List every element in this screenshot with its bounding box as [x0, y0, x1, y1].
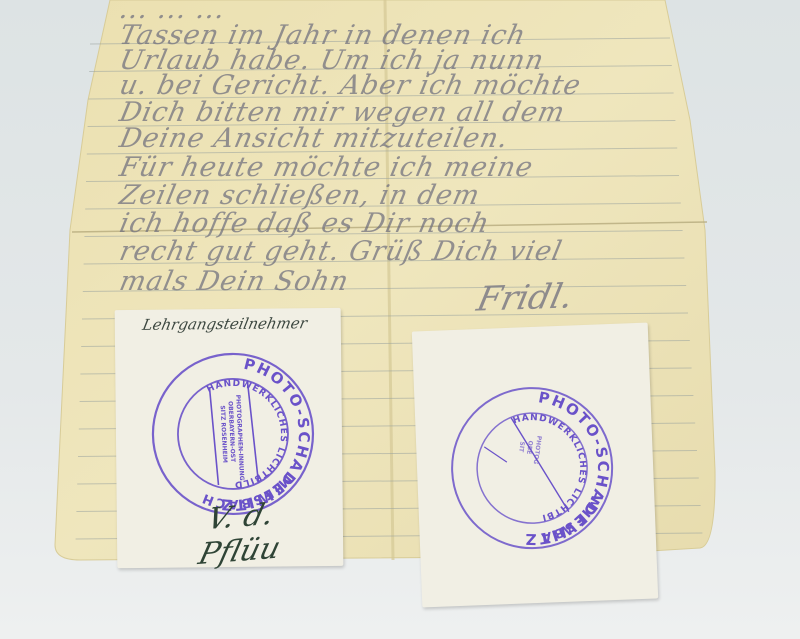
- photo-card: PHOTO-SCHADEWITZ MIESBA HANDWERKLICHES L…: [412, 323, 658, 608]
- letter-line: Für heute möchte ich meine: [117, 152, 536, 183]
- photographer-stamp-icon: PHOTO-SCHADEWITZ MIESBACH HANDWERKLICHES…: [147, 348, 319, 520]
- card-signature: V. d. Pflüu: [195, 491, 353, 572]
- card-caption: Lehrgangsteilnehmer: [141, 314, 309, 334]
- letter-line: ich hoffe daß es Dir noch: [117, 208, 493, 239]
- letter-signature: Fridl.: [473, 276, 577, 319]
- photographer-stamp-icon: PHOTO-SCHADEWITZ MIESBA HANDWERKLICHES L…: [444, 380, 620, 556]
- letter-line: Deine Ansicht mitzuteilen.: [117, 123, 512, 154]
- svg-text:SITZ ROSENHEIM: SITZ ROSENHEIM: [219, 405, 229, 463]
- letter-line: Zeilen schließen, in dem: [117, 180, 483, 211]
- photo-scene: ... ... ... Tassen im Jahr in denen ich …: [0, 0, 800, 639]
- photo-card: Lehrgangsteilnehmer PHOTO-SCHADEWITZ MIE…: [115, 308, 344, 568]
- letter-line: mals Dein Sohn: [117, 266, 352, 297]
- svg-text:SIT: SIT: [517, 441, 526, 453]
- letter-line: recht gut geht. Grüß Dich viel: [117, 236, 566, 267]
